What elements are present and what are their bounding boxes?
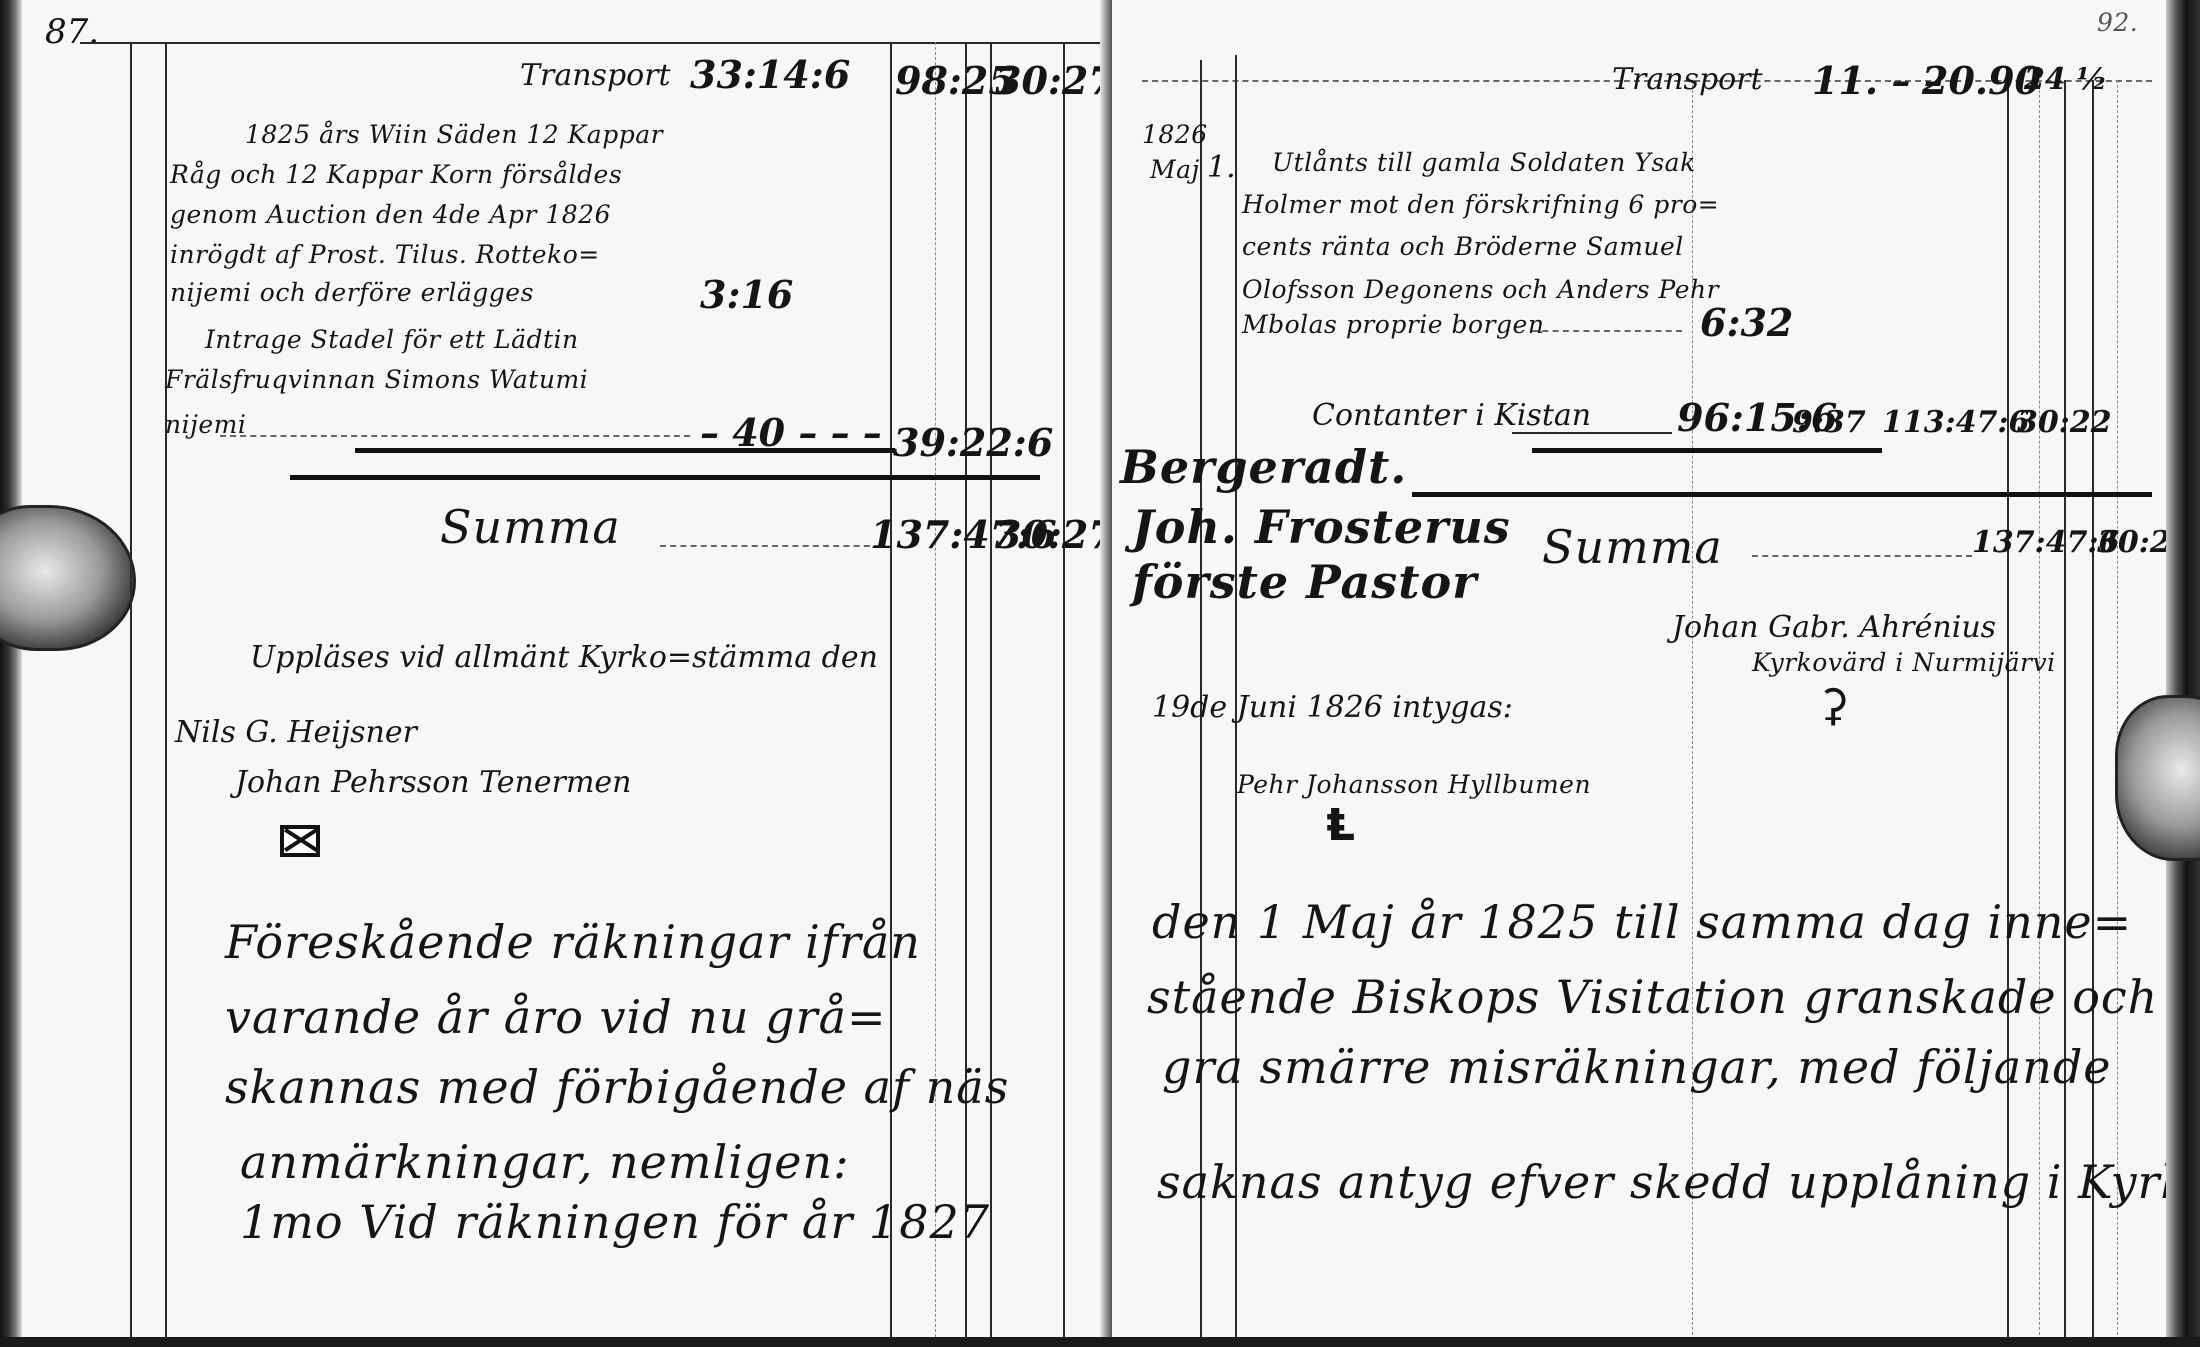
entry-line: Olofsson Degonens och Anders Pehr <box>1242 275 1719 304</box>
amount-column-rule <box>1063 42 1065 1342</box>
body-line: skannas med förbigående af näs <box>225 1060 1009 1114</box>
signature: Pehr Johansson Hyllbumen <box>1237 770 1591 799</box>
body-line: den 1 Maj år 1825 till samma dag inne= <box>1152 895 2132 949</box>
signature: Bergeradt. <box>1120 440 1407 494</box>
entry-line: genom Auction den 4de Apr 1826 <box>170 200 611 229</box>
entry-line: Råg och 12 Kappar Korn försåldes <box>170 160 622 189</box>
transport-label: Transport <box>520 58 671 93</box>
fill-line <box>220 435 690 437</box>
entry-amount: 3:16 <box>700 272 793 317</box>
amount-column-rule <box>2039 80 2040 1340</box>
entry-line: Mbolas proprie borgen <box>1242 310 1544 339</box>
signature: Johan Pehrsson Tenermen <box>235 765 632 800</box>
entry-line: Utlånts till gamla Soldaten Ysak <box>1272 148 1696 177</box>
total-rule <box>1412 492 2152 497</box>
cross-mark-icon <box>280 825 320 857</box>
body-line: Föreskående räkningar ifrån <box>225 915 921 969</box>
top-rule <box>80 42 1110 44</box>
body-line: gra smärre misräkningar, med följande <box>1162 1040 2112 1094</box>
amount-column-rule <box>935 42 936 1342</box>
entry-day: 1. <box>1207 150 1236 185</box>
amount-column-rule <box>890 42 892 1342</box>
summa-label: Summa <box>1542 520 1723 574</box>
entry-amount: 6:32 <box>1700 300 1793 345</box>
fill-line <box>660 545 880 547</box>
signature-title: Kyrkovärd i Nurmijärvi <box>1752 648 2056 677</box>
thumb-icon <box>2115 695 2200 861</box>
total-rule <box>355 448 895 453</box>
attestation-line: 19de Juni 1826 intygas: <box>1152 690 1513 725</box>
attestation-line: Uppläses vid allmänt Kyrko=stämma den <box>250 640 878 675</box>
fill-line <box>1752 555 1972 557</box>
entry-line: nijemi och derföre erlägges <box>170 278 534 307</box>
amount-column-rule <box>2007 80 2009 1340</box>
entry-line: Intrage Stadel för ett Lädtin <box>205 325 579 354</box>
book-binding-edge <box>0 0 22 1347</box>
margin-rule <box>130 42 132 1342</box>
amount-column-rule <box>990 42 992 1342</box>
signature: Johan Gabr. Ahrénius <box>1672 610 1996 645</box>
entry-line: 1825 års Wiin Säden 12 Kappar <box>245 120 663 149</box>
book-edge <box>2166 0 2200 1347</box>
transport-label: Transport <box>1612 62 1763 97</box>
page-number: 87. <box>45 12 99 52</box>
body-line: anmärkningar, nemligen: <box>240 1135 850 1189</box>
entry-year: 1826 <box>1142 120 1208 149</box>
entry-line: Holmer mot den förskrifning 6 pro= <box>1242 190 1719 219</box>
transport-amount: 30:27 <box>995 58 1115 103</box>
amount-column-rule <box>1692 80 1693 1340</box>
house-mark-icon: ⚳ <box>1817 680 1849 731</box>
entry-line: Frälsfruqvinnan Simons Watumi <box>165 365 588 394</box>
date-rule <box>165 42 167 1342</box>
body-line: saknas antyg efver skedd upplåning i Kyr… <box>1157 1155 2200 1209</box>
amount-column-rule <box>2092 80 2094 1340</box>
amount-column-rule <box>965 42 967 1342</box>
thumb-icon <box>0 505 136 651</box>
fill-line <box>1532 330 1682 332</box>
body-line: stående Biskops Visitation granskade och… <box>1147 970 2200 1024</box>
subtotal-amount: 39:22:6 <box>893 420 1053 465</box>
signature: förste Pastor <box>1132 555 1477 609</box>
entry-line: inrögdt af Prost. Tilus. Rotteko= <box>170 240 600 269</box>
contanter-amount: 113:47:6 <box>1882 405 2029 440</box>
signature: Nils G. Heijsner <box>175 715 417 750</box>
body-line: 1mo Vid räkningen för år 1827 <box>240 1195 990 1249</box>
total-rule <box>290 475 1040 480</box>
fill-line <box>1512 432 1672 434</box>
summa-label: Summa <box>440 500 621 554</box>
transport-amount: 24 ½ <box>2024 62 2107 97</box>
scan-bottom-edge <box>0 1337 2200 1347</box>
transport-amount: 33:14:6 <box>690 52 850 97</box>
body-line: varande år åro vid nu grå= <box>225 990 887 1044</box>
amount-column-rule <box>2117 80 2118 1340</box>
house-mark-icon: Ⱡ <box>1327 800 1355 851</box>
amount-column-rule <box>2064 80 2066 1340</box>
entry-line: cents ränta och Bröderne Samuel <box>1242 232 1684 261</box>
ledger-spread: 87. Transport 33:14:6 98:25 30:27 1825 å… <box>0 0 2200 1347</box>
contanter-label: Contanter i Kistan <box>1312 398 1591 433</box>
summa-amount: 30:27 <box>995 512 1115 557</box>
contanter-amount: 30:22 <box>2017 405 2112 440</box>
corner-page-number: 92. <box>2097 8 2138 37</box>
right-page: 92. Transport 11. – – 20.90 24 ½ 1826 Ma… <box>1112 0 2200 1347</box>
total-rule <box>1532 448 1882 453</box>
left-page: 87. Transport 33:14:6 98:25 30:27 1825 å… <box>0 0 1112 1347</box>
contanter-amount: 9:37 <box>1792 405 1866 440</box>
signature: Joh. Frosterus <box>1132 500 1511 554</box>
entry-month: Maj <box>1150 155 1200 184</box>
